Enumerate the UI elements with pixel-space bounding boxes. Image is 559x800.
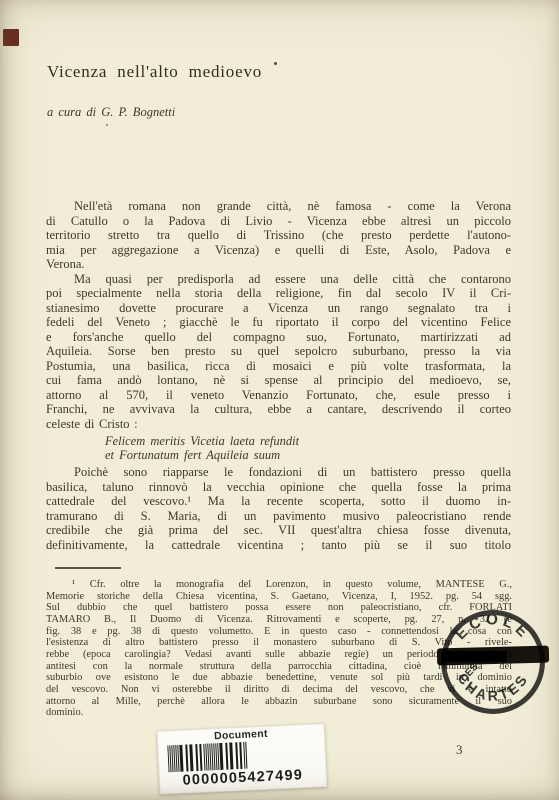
text-line: ¹ Cfr. oltre la monografia del Lorenzon,… [46, 579, 512, 591]
text-line: definitivamente, la cattedrale vicentina… [46, 538, 511, 553]
stamp-text-top: ECOLE [452, 611, 534, 643]
text-line: Aquileia. Sorse ben presto su quel sepol… [46, 344, 511, 359]
text-line: Franchi, ne avvivava la cultura, ebbe a … [46, 402, 511, 417]
text-line: Memorie storiche della Chiesa vicentina,… [46, 591, 512, 603]
text-line: di Catullo o la Padova di Livio - Vicenz… [46, 214, 511, 229]
paragraph: Nell'età romana non grande città, nè fam… [46, 199, 511, 272]
paragraph: Poichè sono riapparse le fondazioni di u… [46, 465, 511, 552]
verse-line: et Fortunatum fert Aquileia suum [105, 448, 511, 462]
stamp-obliteration-bar [441, 651, 507, 662]
text-line: stianesimo dovette procurare a Vicenza u… [46, 301, 511, 316]
text-line: celeste di Cristo : [46, 417, 511, 432]
scanned-document-page: Vicenza nell'alto medioevo a cura di G. … [0, 0, 559, 800]
text-line: territorio stretto tra quello di Trissin… [46, 228, 511, 243]
text-line: poi specialmente nella storia della reli… [46, 286, 511, 301]
text-line: Verona. [46, 257, 511, 272]
footnote-rule [55, 567, 121, 569]
text-line: credibile che già prima del sec. VII que… [46, 523, 511, 538]
text-line: e fors'anche quello del compagno suo, Fo… [46, 330, 511, 345]
paragraph: Ma quasi per predisporla ad essere una d… [46, 272, 511, 432]
text-line: Ma quasi per predisporla ad essere una d… [46, 272, 511, 287]
barcode-sticker: Document 0000005427499 [157, 723, 328, 795]
text-line: Poichè sono riapparse le fondazioni di u… [46, 465, 511, 480]
text-line: basilica, taluno rinnovò la vecchia opin… [46, 480, 511, 495]
text-line: tramurano di S. Maria, di un pavimento m… [46, 509, 511, 524]
text-line: Postumia, una basilica, ricca di mosaici… [46, 359, 511, 374]
corner-mark [3, 29, 19, 46]
page-number: 3 [456, 742, 463, 758]
text-line: cattedrale del vescovo.¹ Ma la recente s… [46, 494, 511, 509]
text-line: Nell'età romana non grande città, nè fam… [46, 199, 511, 214]
text-line: mia per aggregazione a Vicenza) e quelli… [46, 243, 511, 258]
byline: a cura di G. P. Bognetti [47, 105, 175, 120]
verse-line: Felicem meritis Vicetia laeta refundit [105, 434, 511, 448]
page-title: Vicenza nell'alto medioevo [47, 62, 262, 82]
ink-speck [106, 124, 108, 126]
latin-verse: Felicem meritis Vicetia laeta refunditet… [46, 431, 511, 465]
text-line: fedeli del Veneto ; giacchè le fu riport… [46, 315, 511, 330]
text-line: attorno al 570, il veneto Venanzio Fortu… [46, 388, 511, 403]
body-text: Nell'età romana non grande città, nè fam… [46, 199, 511, 552]
ink-speck [274, 62, 277, 65]
text-line: cui fama andò lontano, nè si spense al p… [46, 373, 511, 388]
